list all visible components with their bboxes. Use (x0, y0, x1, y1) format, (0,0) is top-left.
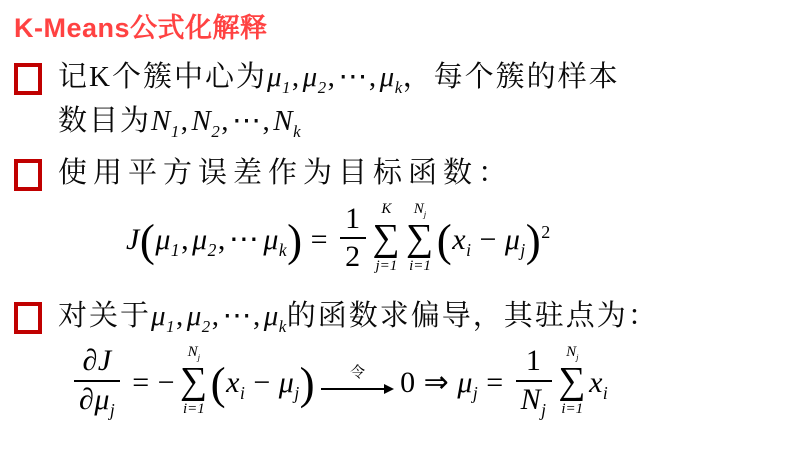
math-token: 2 (202, 316, 211, 335)
math-token: i (240, 383, 245, 403)
n-sequence: N1,N2,⋯,Nk (151, 105, 301, 137)
lower-limit: i=1 (183, 401, 205, 418)
bullet-square-icon (14, 302, 42, 334)
math-token: μ (303, 61, 318, 93)
sigma-symbol: ∑ (406, 218, 434, 258)
math-token: ⋯ (229, 223, 260, 256)
upper-limit: Nj (414, 201, 426, 218)
math-token: 2 (211, 122, 220, 141)
math-token: , (218, 223, 226, 256)
math-token: i (603, 383, 608, 403)
math-token: , (176, 300, 184, 332)
math-token: j (541, 400, 546, 420)
math-token: ⋯ (222, 300, 252, 332)
math-token: μ (151, 300, 166, 332)
slide: K-Means公式化解释 记K个簇中心为μ1,μ2,⋯,μk，每个簇的样本 数目… (0, 0, 791, 473)
denominator: Nj (516, 382, 552, 418)
sigma-symbol: ∑ (180, 361, 208, 401)
math-token: , (181, 223, 189, 256)
math-token: μ (264, 300, 279, 332)
left-paren: ( (140, 215, 156, 265)
minus-sign: − (253, 366, 270, 399)
math-token: x (589, 366, 603, 399)
fraction-one-over-Nj: 1Nj (516, 344, 552, 417)
math-token: μ (94, 383, 110, 416)
math-token: j (473, 383, 478, 403)
minus-sign: − (479, 223, 496, 256)
math-token: , (328, 61, 336, 93)
objective-function-formula: J(μ1,μ2,⋯μk)=12K∑j=1Nj∑i=1(xi−μj)2 (126, 195, 791, 280)
math-token: , (221, 105, 229, 137)
bullet-1-line-2: 数目为N1,N2,⋯,Nk (58, 99, 791, 143)
mu-sequence: μ1,μ2,⋯,μk (151, 300, 287, 332)
lower-limit: i=1 (561, 401, 583, 418)
bullet-1-line-1: 记K个簇中心为μ1,μ2,⋯,μk，每个簇的样本 (58, 55, 620, 99)
math-token: 1 (171, 240, 180, 260)
sum-over-clusters: K∑j=1 (373, 201, 401, 276)
math-token: ∂ (79, 383, 94, 416)
lower-limit: j=1 (375, 258, 397, 275)
math-token: 2 (318, 78, 327, 97)
denominator: 2 (340, 239, 366, 275)
denominator: ∂μj (74, 382, 120, 418)
bullet-1-post-text: ，每个簇的样本 (403, 61, 620, 93)
bullet-3-post-text: 的函数求偏导，其驻点为： (287, 300, 659, 332)
upper-limit: Nj (566, 344, 578, 361)
math-token: 1 (166, 316, 175, 335)
math-token: N (273, 105, 293, 137)
left-paren: ( (437, 215, 453, 265)
math-token: N (566, 344, 576, 360)
fraction-one-half: 12 (340, 202, 366, 275)
math-token: k (279, 240, 287, 260)
math-token: x (226, 366, 240, 399)
math-token: , (212, 300, 220, 332)
left-paren: ( (211, 358, 227, 408)
bullet-1: 记K个簇中心为μ1,μ2,⋯,μk，每个簇的样本 (14, 55, 791, 99)
math-token: N (521, 383, 542, 416)
math-token: μ (380, 61, 395, 93)
equals-sign: = (132, 366, 149, 399)
math-token: j (110, 400, 115, 420)
math-token: , (181, 105, 189, 137)
minus-sign: − (158, 366, 175, 399)
equals-sign: = (311, 223, 328, 256)
bullet-1-pre-text: 记K个簇中心为 (58, 61, 267, 93)
mu-sequence: μ1,μ2,⋯,μk (267, 61, 403, 93)
upper-limit: K (381, 201, 391, 218)
math-token: 2 (208, 240, 217, 260)
math-token: μ (263, 223, 279, 256)
math-token: ∂ (83, 344, 98, 377)
partial-derivative-fraction: ∂J∂μj (74, 344, 120, 417)
numerator: ∂J (74, 344, 120, 382)
lower-limit: i=1 (409, 258, 431, 275)
bullet-square-icon (14, 63, 42, 95)
right-paren: ) (526, 215, 542, 265)
math-token: , (369, 61, 377, 93)
math-token: μ (267, 61, 282, 93)
bullet-1-line2-text: 数目为 (58, 105, 151, 137)
bullet-3-pre-text: 对关于 (58, 300, 151, 332)
math-token: , (292, 61, 300, 93)
numerator: 1 (516, 344, 552, 382)
math-token: J (98, 344, 112, 377)
bullet-3-text: 对关于μ1,μ2,⋯,μk的函数求偏导，其驻点为： (58, 294, 659, 338)
math-token: ⋯ (232, 105, 262, 137)
arrow-line (321, 384, 394, 394)
math-token: x (452, 223, 466, 256)
math-token: μ (192, 223, 208, 256)
math-token: k (293, 122, 301, 141)
math-token: , (253, 300, 261, 332)
stationary-point-formula: ∂J∂μj=−Nj∑i=1(xi−μj)令0⇒μj=1NjNj∑i=1xi (70, 338, 791, 423)
slide-title: K-Means公式化解释 (14, 6, 791, 45)
arrow-head-icon (384, 384, 394, 394)
upper-limit: Nj (188, 344, 200, 361)
let-equal-arrow: 令 (321, 364, 394, 394)
math-token: , (263, 105, 271, 137)
mu-arguments: μ1,μ2,⋯μk (155, 223, 287, 256)
sum-over-samples: Nj∑i=1 (180, 344, 208, 419)
bullet-square-icon (14, 159, 42, 191)
math-token: i (466, 240, 471, 260)
math-token: μ (155, 223, 171, 256)
arrow-shaft (321, 388, 385, 390)
math-token: k (279, 316, 287, 335)
math-token: μ (187, 300, 202, 332)
math-token: 1 (171, 122, 180, 141)
math-token: μ (505, 223, 521, 256)
numerator: 1 (340, 202, 366, 240)
sigma-symbol: ∑ (373, 218, 401, 258)
right-paren: ) (287, 215, 303, 265)
bullet-2: 使用平方误差作为目标函数： (14, 151, 791, 195)
math-token: 0 (400, 366, 416, 399)
sigma-symbol: ∑ (559, 361, 587, 401)
equals-sign: = (486, 366, 503, 399)
math-token: N (414, 201, 424, 217)
bullet-3: 对关于μ1,μ2,⋯,μk的函数求偏导，其驻点为： (14, 294, 791, 338)
bullet-2-text: 使用平方误差作为目标函数： (58, 151, 513, 195)
sum-over-samples: Nj∑i=1 (406, 201, 434, 276)
math-token: 1 (282, 78, 291, 97)
implies-sign: ⇒ (424, 366, 450, 399)
squared-exponent: 2 (541, 222, 551, 242)
sum-over-samples: Nj∑i=1 (559, 344, 587, 419)
math-token: k (395, 78, 403, 97)
math-token: μ (457, 366, 473, 399)
math-token: ⋯ (338, 61, 368, 93)
math-token: J (126, 223, 140, 256)
math-token: N (188, 344, 198, 360)
right-paren: ) (300, 358, 316, 408)
math-token: μ (279, 366, 295, 399)
math-token: N (192, 105, 212, 137)
math-token: N (151, 105, 171, 137)
arrow-label: 令 (350, 364, 365, 384)
